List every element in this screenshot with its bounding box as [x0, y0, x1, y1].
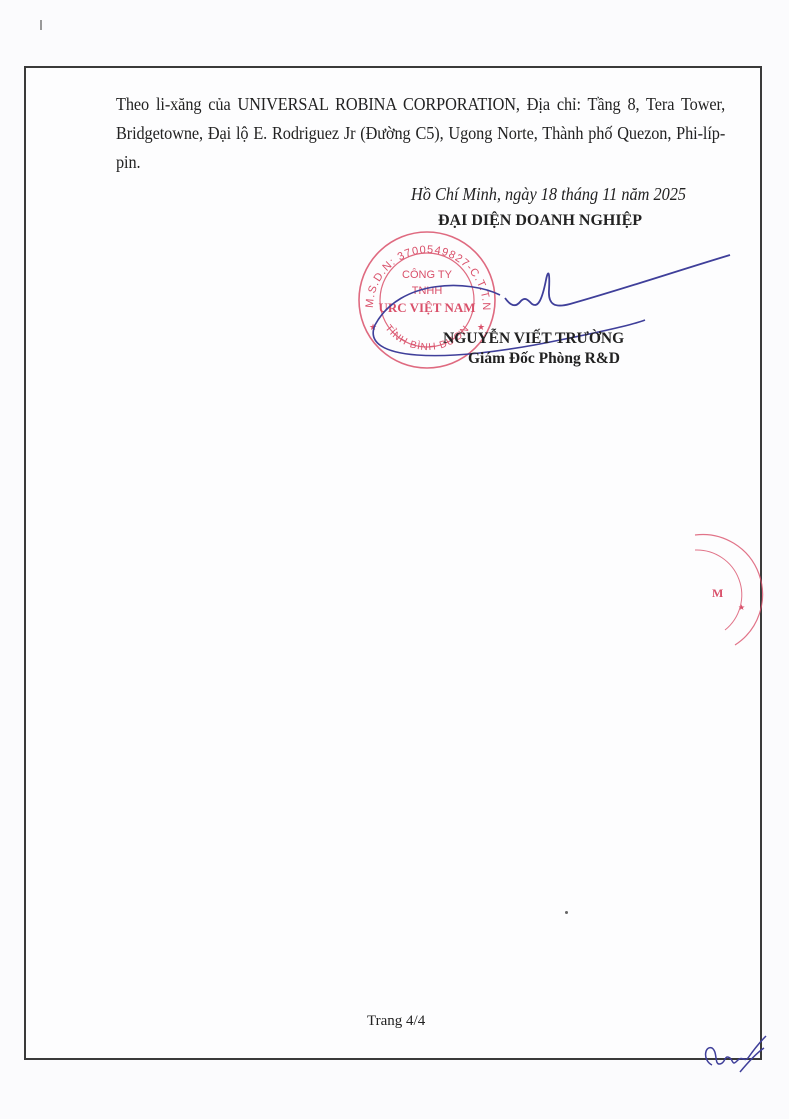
initials-signature — [700, 1030, 770, 1080]
partial-stamp-letter: M — [712, 586, 723, 600]
page-border-frame — [24, 66, 762, 1060]
date-line: Hồ Chí Minh, ngày 18 tháng 11 năm 2025 — [411, 184, 686, 205]
partial-stamp: M ★ — [690, 515, 770, 655]
page-number: Trang 4/4 — [367, 1013, 425, 1030]
svg-text:★: ★ — [738, 603, 745, 612]
scan-speck — [565, 911, 568, 914]
signer-name: NGUYỄN VIẾT TRƯỜNG — [443, 330, 624, 348]
signer-title: Giám Đốc Phòng R&D — [468, 350, 620, 368]
scan-artifact — [40, 20, 42, 30]
license-paragraph: Theo li-xăng của UNIVERSAL ROBINA CORPOR… — [116, 90, 725, 177]
